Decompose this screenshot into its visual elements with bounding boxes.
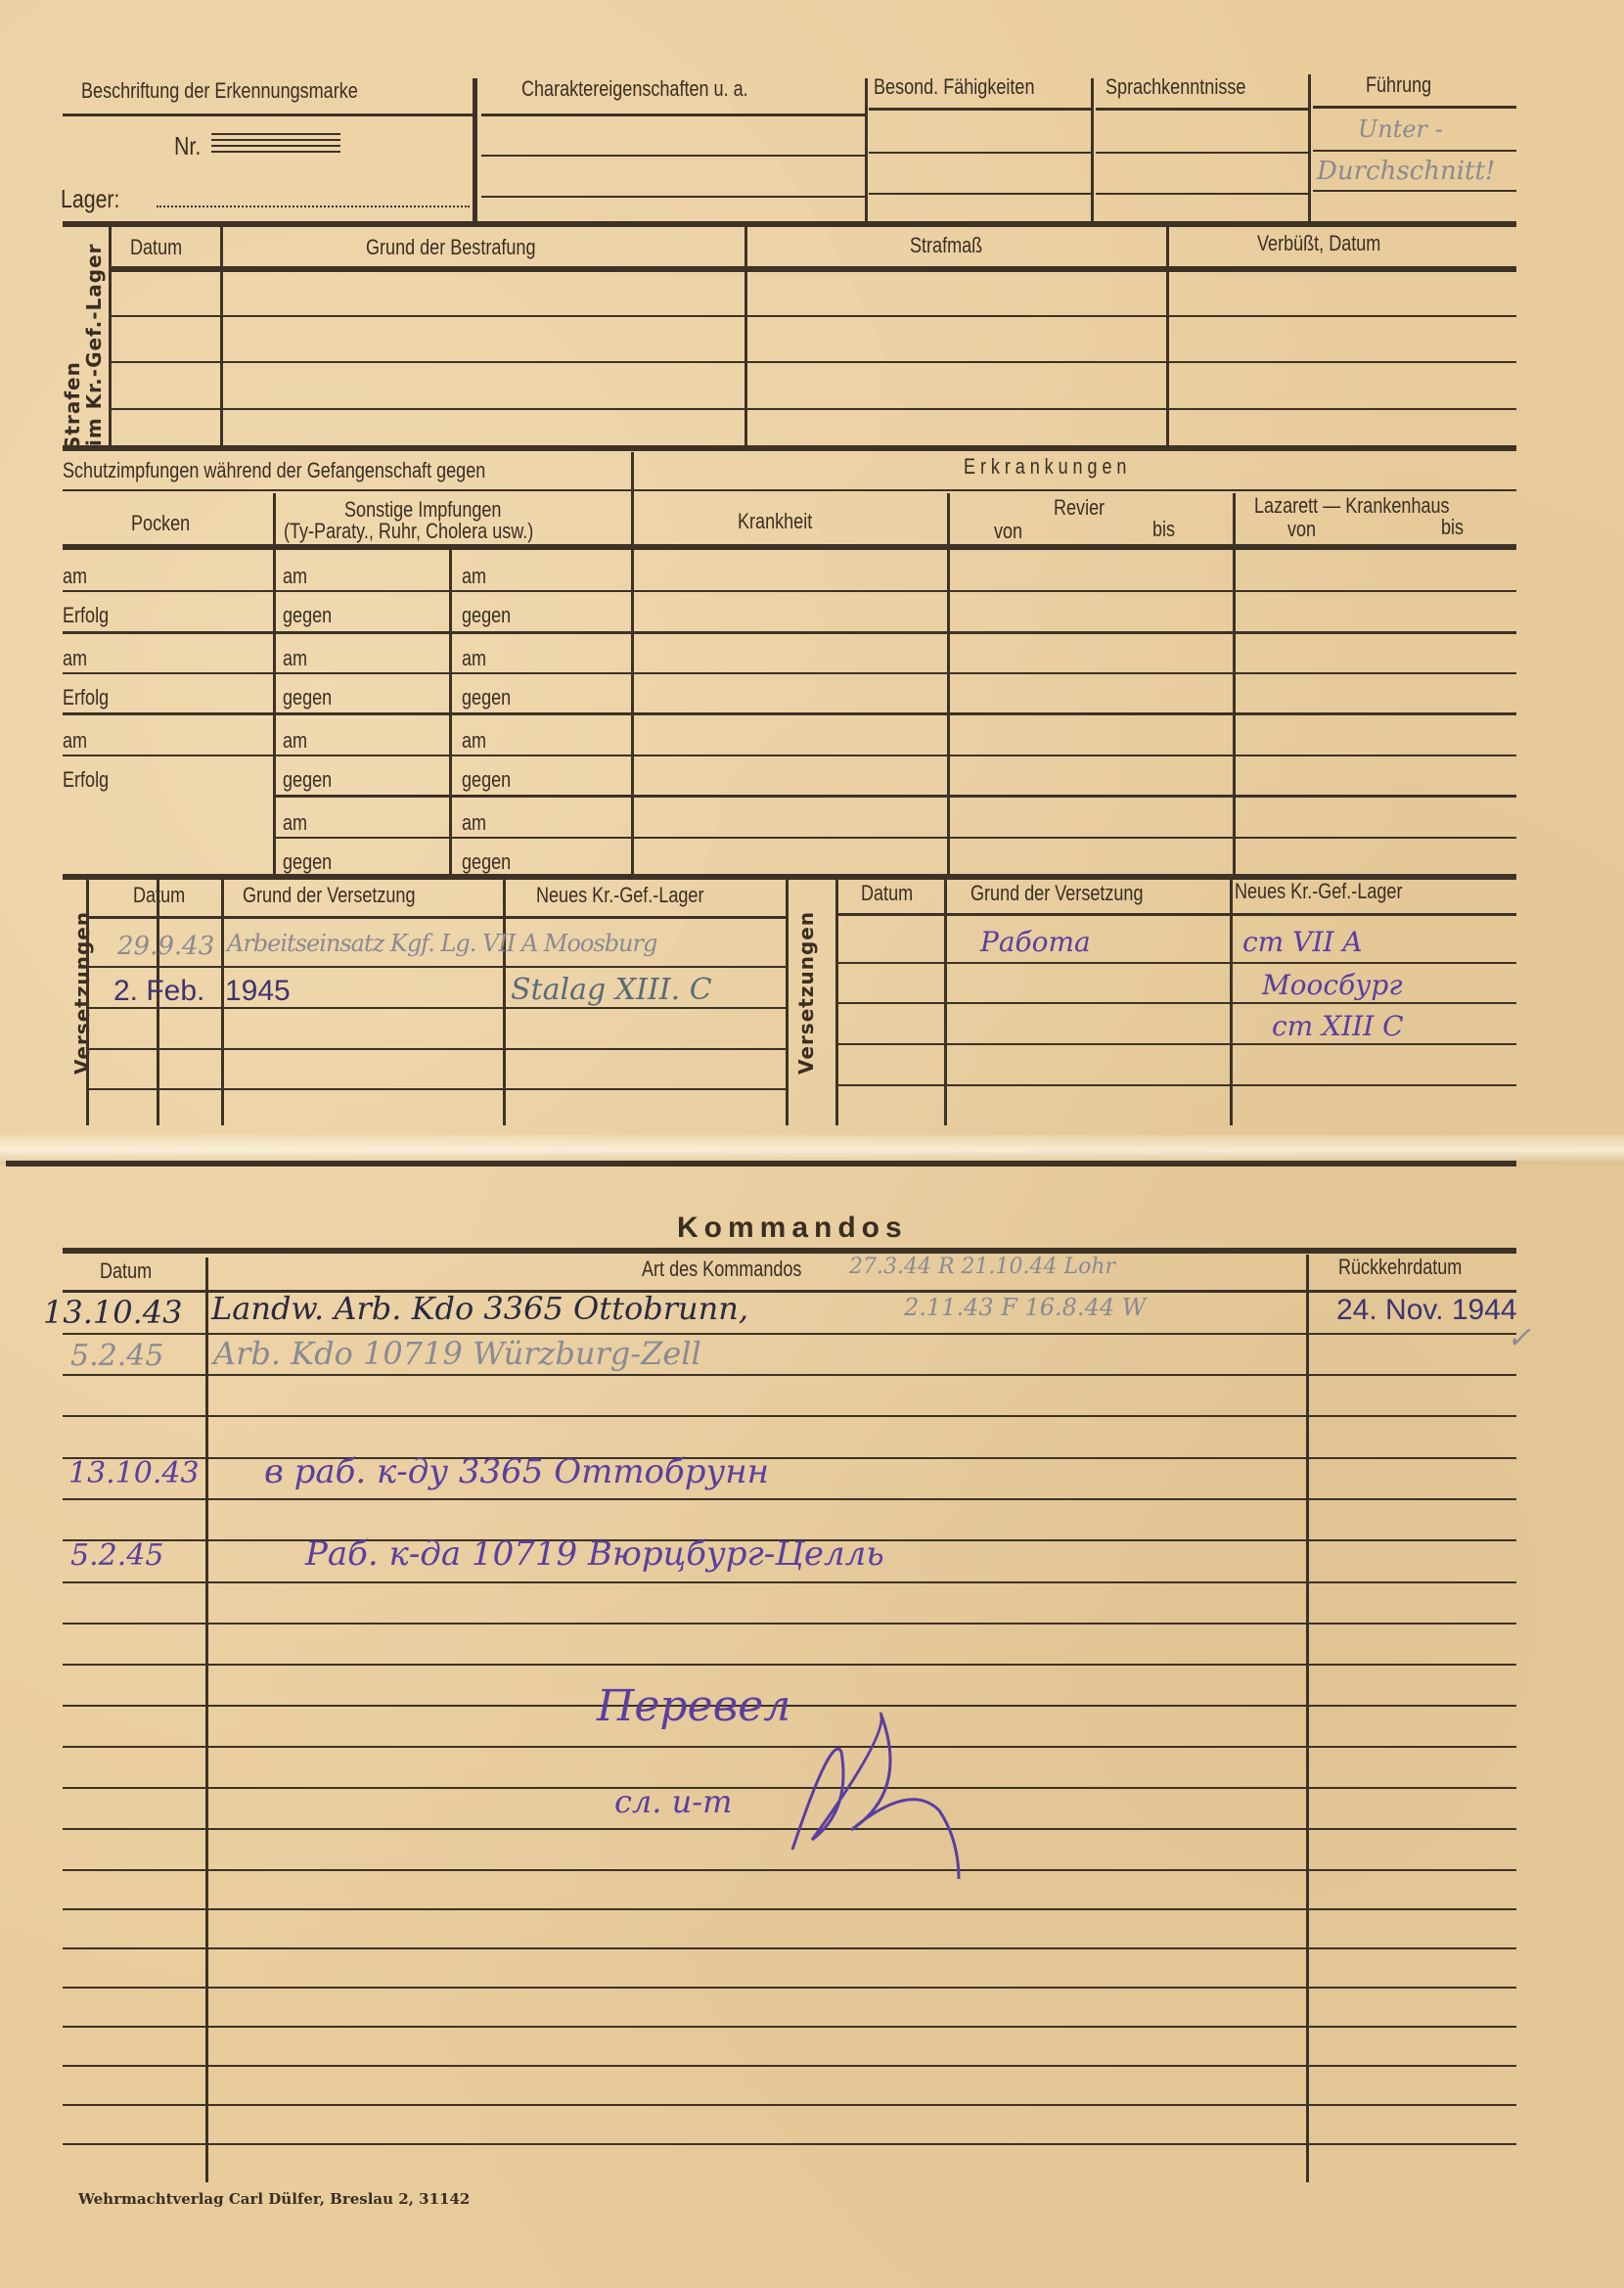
divider [786,879,789,1125]
vers-left-col-lager: Neues Kr.-Gef.-Lager [536,883,703,908]
sonstige-row-label: am [283,564,307,589]
kommandos-header-note: 27.3.44 R 21.10.44 Lohr [849,1255,1115,1279]
strafen-col-grund: Grund der Bestrafung [366,235,535,260]
kommandos-col-rueckkehr: Rückkehrdatum [1338,1255,1462,1280]
pocken-row-label: am [63,646,87,671]
divider [1096,152,1309,154]
divider [1313,190,1516,192]
sonstige-row-label: gegen [283,685,332,710]
kommandos-title: Kommandos [677,1212,908,1245]
strafen-col-datum: Datum [130,235,182,260]
lager-field[interactable] [157,206,470,207]
vers-right-entry-lager-1: ст VII A [1242,926,1363,958]
vers-right-entry-lager-2: Моосбург [1262,969,1402,1001]
krankheit-label: Krankheit [738,509,812,534]
row-line [109,315,1516,317]
divider [1313,106,1516,109]
impfungen-title: Schutzimpfungen während der Gefangenscha… [63,458,485,483]
row-line [88,966,787,968]
divider [865,78,868,223]
lazarett-label: Lazarett — Krankenhaus [1254,493,1450,519]
row-line [837,1043,1516,1045]
divider [473,78,477,223]
divider [481,114,865,116]
strafen-col-verbuesst: Verbüßt, Datum [1257,231,1380,256]
sprachen-label: Sprachkenntnisse [1105,74,1245,100]
sonstige-row-label: am [462,564,486,589]
pocken-row-label: Erfolg [63,767,109,793]
fuehrung-label: Führung [1366,72,1431,98]
divider [1096,108,1309,111]
vers-right-col-lager: Neues Kr.-Gef.-Lager [1235,879,1402,904]
sonstige-row-label: gegen [283,767,332,793]
kommandos-datum: 5.2.45 [70,1538,163,1573]
divider [273,493,276,879]
divider [63,114,474,116]
strafen-side-label: Strafen [61,361,84,450]
kommandos-datum: 5.2.45 [70,1339,163,1373]
strafen-col-strafmass: Strafmaß [910,233,982,258]
fold-border [6,1161,1516,1167]
strafen-side-label-2: im Kr.-Gef.-Lager [82,243,106,446]
kommandos-art: Landw. Arb. Kdo 3365 Ottobrunn, [211,1290,748,1327]
nr-label: Nr. [174,131,201,161]
checkmark-icon: ✓ [1507,1321,1531,1355]
sonstige-row-label: gegen [462,849,511,875]
kommandos-art: Раб. к-да 10719 Вюрцбург-Целль [305,1534,884,1574]
divider [1096,193,1309,195]
kommandos-note: 2.11.43 F 16.8.44 W [904,1294,1146,1321]
divider [88,916,787,919]
fuehrung-value-line1: Unter - [1358,115,1443,143]
sonstige-row-label: gegen [462,685,511,710]
row-line [837,962,1516,964]
pocken-label: Pocken [131,511,190,536]
sonstige-row-label: gegen [462,767,511,793]
row-line [274,837,1516,839]
divider [1166,227,1169,448]
divider [947,493,950,879]
row-line [109,361,1516,363]
divider [109,266,1516,272]
divider [481,196,865,198]
divider [869,193,1092,195]
sonstige-row-label: am [283,810,307,836]
section-border [63,221,1516,227]
vers-right-entry-grund: Работа [980,926,1091,958]
kommandos-art: в раб. к-ду 3365 Оттобрунн [264,1452,769,1491]
kommandos-rueckkehr: 24. Nov. 1944 [1336,1294,1517,1327]
lager-label: Lager: [61,184,119,214]
divider [220,227,223,448]
vers-left-stamp-datum: 2. Feb. [113,975,204,1008]
divider [1308,74,1311,223]
sonstige-label-2: (Ty-Paraty., Ruhr, Cholera usw.) [284,519,533,544]
sonstige-row-label: am [462,728,486,754]
lazarett-bis: bis [1441,515,1464,540]
signature-rank: сл. и-т [614,1783,732,1820]
divider [205,1258,208,2182]
vers-left-stamp-year: 1945 [225,975,291,1008]
row-line [837,1002,1516,1004]
kommandos-col-art: Art des Kommandos [642,1257,801,1282]
divider [481,155,865,157]
kommandos-art: Arb. Kdo 10719 Würzburg-Zell [213,1335,701,1372]
vers-left-entry-datum: 29.9.43 [117,932,214,961]
row-line [63,590,1516,592]
charakter-label: Charaktereigenschaften u. a. [521,76,748,102]
divider [63,489,1516,491]
nr-redacted-lines [211,133,340,157]
revier-label: Revier [1054,495,1105,521]
revier-bis: bis [1152,517,1175,542]
pocken-row-label: am [63,564,87,589]
revier-von: von [994,519,1022,544]
row-line [88,1088,787,1090]
section-border [63,445,1516,451]
divider [109,227,112,448]
row-line [63,672,1516,674]
kommandos-datum: 13.10.43 [68,1456,200,1490]
vers-right-col-grund: Grund der Versetzung [970,881,1144,906]
divider [1091,78,1094,223]
sonstige-row-label: gegen [462,603,511,628]
kommandos-col-datum: Datum [100,1258,152,1284]
fuehrung-value-line2: Durchschnitt! [1317,157,1495,186]
row-line [837,1084,1516,1086]
divider [1306,1255,1309,2182]
erkennungsmarke-label: Beschriftung der Erkennungsmarke [81,78,358,104]
divider [837,913,1516,916]
vers-left-entry-grund: Arbeitseinsatz Kgf. Lg. VII A Moosburg [227,930,656,957]
row-line [88,1048,787,1050]
divider [744,227,747,448]
row-line [109,408,1516,410]
sonstige-row-label: gegen [283,849,332,875]
signature-scribble [773,1693,998,1889]
pocken-row-label: Erfolg [63,603,109,628]
signature-name: Перевел [597,1681,790,1731]
row-line [63,755,1516,756]
section-border [63,1248,1516,1254]
kommandos-datum: 13.10.43 [43,1294,183,1331]
faehigkeiten-label: Besond. Fähigkeiten [874,74,1034,100]
vers-left-col-grund: Grund der Versetzung [243,883,416,908]
sonstige-row-label: gegen [283,603,332,628]
divider [1233,493,1236,879]
divider [869,152,1092,154]
row-line [63,712,1516,715]
lazarett-von: von [1287,517,1316,542]
sonstige-row-label: am [462,810,486,836]
versetzungen-side-label-right: Versetzungen [794,911,818,1075]
vers-right-col-datum: Datum [861,881,913,906]
sonstige-row-label: am [462,646,486,671]
vers-right-entry-lager-3: ст XIII C [1272,1010,1404,1042]
pocken-row-label: Erfolg [63,685,109,710]
sonstige-row-label: am [283,646,307,671]
divider [631,452,634,879]
vers-left-entry-lager: Stalag XIII. C [511,973,712,1007]
divider [1313,150,1516,152]
divider [63,544,1516,550]
row-line [63,631,1516,634]
sonstige-row-label: am [283,728,307,754]
publisher-imprint: Wehrmachtverlag Carl Dülfer, Breslau 2, … [78,2190,470,2208]
erkrankungen-title: Erkrankungen [964,454,1131,480]
row-line [274,795,1516,798]
divider [869,108,1092,111]
pocken-row-label: am [63,728,87,754]
